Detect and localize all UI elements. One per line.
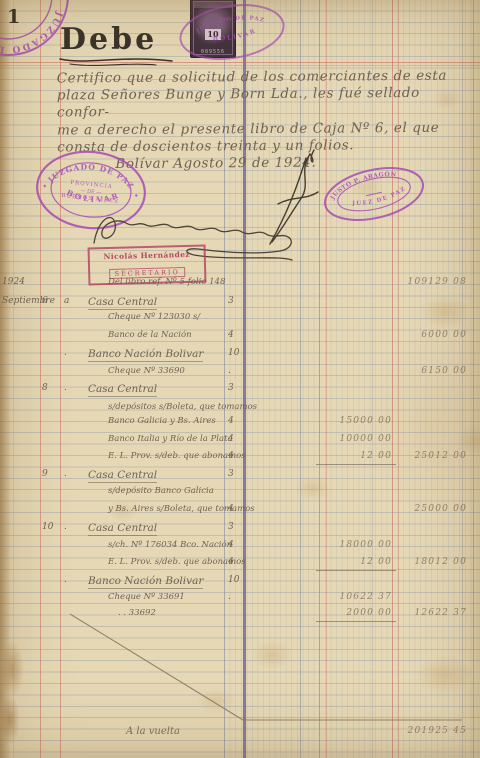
carry-forward-total: 201925 45 [399, 726, 467, 736]
ledger-page: JUZGADO DE PAZ ✦ BOLIVAR ✦ 1 Debe 10 089… [0, 0, 480, 758]
carry-forward-label: A la vuelta [126, 726, 180, 737]
closing-lines-icon [0, 0, 480, 758]
